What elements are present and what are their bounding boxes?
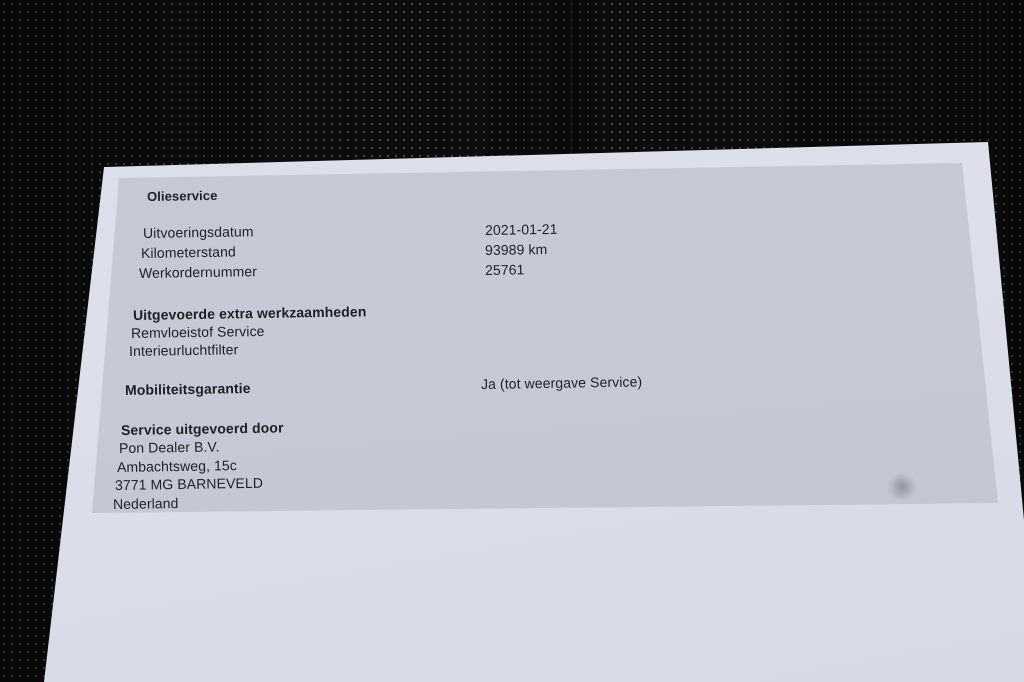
paper-stain <box>888 474 916 500</box>
dealer-name: Pon Dealer B.V. <box>119 438 220 456</box>
mobility-value: Ja (tot weergave Service) <box>481 373 642 392</box>
section-title: Olieservice <box>147 188 218 204</box>
dealer-city: 3771 MG BARNEVELD <box>115 475 263 493</box>
field-value-date: 2021-01-21 <box>485 221 558 238</box>
field-label-mileage: Kilometerstand <box>141 244 236 261</box>
seat-seam <box>568 0 574 160</box>
field-value-mileage: 93989 km <box>485 241 548 258</box>
dealer-heading: Service uitgevoerd door <box>121 419 284 438</box>
extra-work-item: Remvloeistof Service <box>131 323 265 341</box>
field-label-date: Uitvoeringsdatum <box>143 223 254 241</box>
extra-work-item: Interieurluchtfilter <box>129 341 239 359</box>
dealer-street: Ambachtsweg, 15c <box>117 457 237 475</box>
mobility-label: Mobiliteitsgarantie <box>125 380 251 398</box>
field-label-order-number: Werkordernummer <box>139 263 257 281</box>
dealer-country: Nederland <box>113 495 179 512</box>
field-value-order-number: 25761 <box>485 261 525 278</box>
